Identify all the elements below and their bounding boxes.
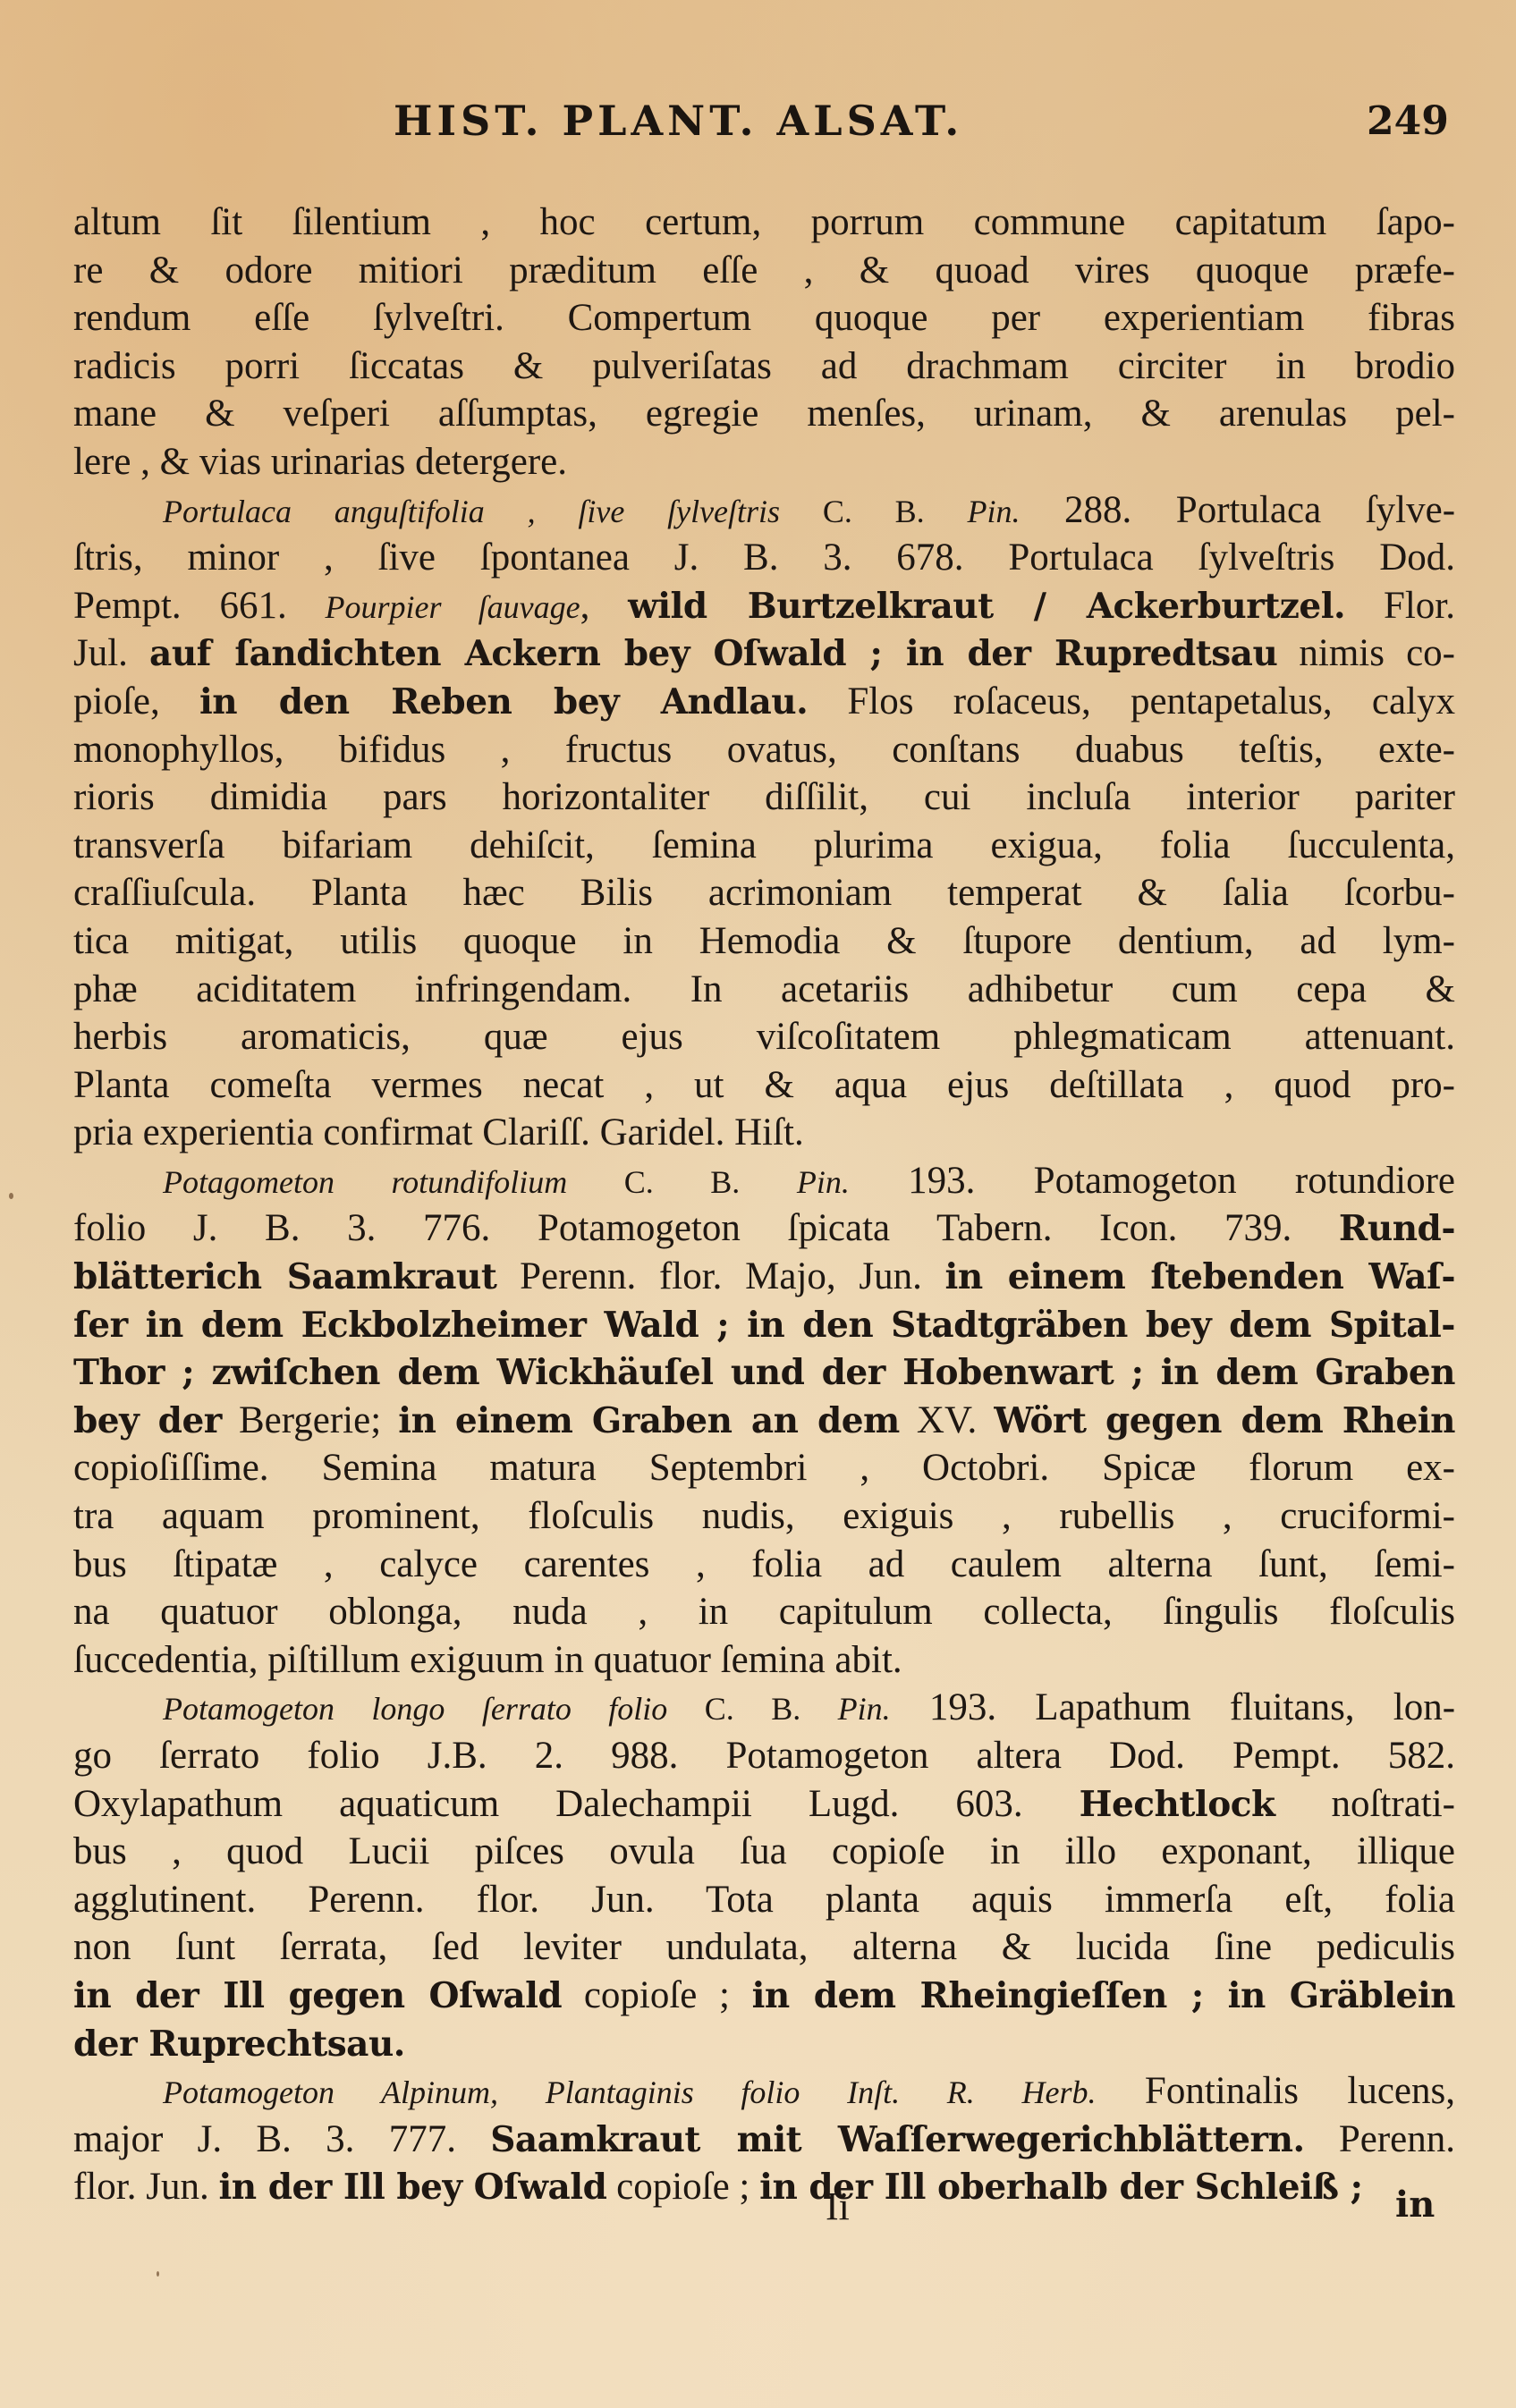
text-span: non ſunt ſerrata, ſed leviter undulata, … (73, 1926, 1455, 1968)
text-line: Jul. auf ſandichten Ackern bey Oſwald ; … (73, 629, 1455, 678)
text-line: copioſiſſime. Semina matura Septembri , … (73, 1444, 1455, 1492)
text-line: Pempt. 661. Pourpier ſauvage, wild Burtz… (73, 582, 1455, 630)
fraktur-text: blätterich Saamkraut (73, 1256, 496, 1297)
text-line: Potamogeton Alpinum, Plantaginis folio I… (73, 2067, 1455, 2116)
fraktur-text: in einem Graben an dem (398, 1400, 900, 1441)
text-span: Perenn. (1305, 2118, 1455, 2160)
fraktur-text: in dem Rheingieſſen ; in Gräblein (752, 1975, 1455, 2016)
text-line: blätterich Saamkraut Perenn. flor. Majo,… (73, 1253, 1455, 1301)
paper-speck (157, 2271, 159, 2277)
italic-citation: Potagometon rotundifolium (163, 1164, 567, 1200)
text-span: Perenn. flor. Majo, Jun. (496, 1255, 944, 1297)
text-line: der Ruprechtsau. (73, 2020, 1455, 2068)
italic-citation: Pin. (838, 1691, 891, 1727)
text-span: Fontinalis lucens, (1096, 2070, 1455, 2112)
text-line: rioris dimidia pars horizontaliter diſſi… (73, 773, 1455, 822)
fraktur-text: in der Ill bey Oſwald (218, 2167, 606, 2208)
text-span: XV. (900, 1399, 995, 1441)
text-span: C. B. (667, 1691, 837, 1727)
italic-citation: Pin. (797, 1164, 850, 1200)
italic-citation: Pin. (967, 494, 1020, 529)
text-span: noſtrati- (1275, 1783, 1455, 1825)
text-span: pioſe, (73, 680, 199, 722)
text-line: go ſerrato folio J.B. 2. 988. Potamogeto… (73, 1732, 1455, 1780)
text-line: pria experientia confirmat Clariſſ. Gari… (73, 1109, 1455, 1157)
text-span: tica mitigat, utilis quoque in Hemodia &… (73, 920, 1455, 962)
text-line: radicis porri ſiccatas & pulveriſatas ad… (73, 342, 1455, 391)
text-span: bus , quod Lucii piſces ovula ſua copioſ… (73, 1830, 1455, 1872)
text-line: rendum eſſe ſylveſtri. Compertum quoque … (73, 294, 1455, 342)
text-line: lere , & vias urinarias detergere. (73, 438, 1455, 486)
running-head-title: HIST. PLANT. ALSAT. (394, 97, 963, 145)
text-line: bus ſtipatæ , calyce carentes , folia ad… (73, 1541, 1455, 1589)
fraktur-text: auf ſandichten Ackern bey Oſwald ; in de… (149, 633, 1277, 674)
text-line: ſtris, minor , ſive ſpontanea J. B. 3. 6… (73, 534, 1455, 582)
text-span: pria experientia confirmat Clariſſ. Gari… (73, 1111, 804, 1153)
text-span: go ſerrato folio J.B. 2. 988. Potamogeto… (73, 1735, 1455, 1777)
text-line: agglutinent. Perenn. flor. Jun. Tota pla… (73, 1876, 1455, 1924)
italic-citation: Potamogeton Alpinum, Plantaginis folio I… (163, 2074, 1096, 2110)
text-span: copioſe ; (562, 1974, 751, 2016)
text-span: Planta comeſta vermes necat , ut & aqua … (73, 1064, 1455, 1106)
text-span: flor. Jun. (73, 2166, 218, 2208)
fraktur-text: Saamkraut mit Waſſerwegerichblättern. (490, 2119, 1304, 2160)
paragraph-potamogeton-alpinum: Potamogeton Alpinum, Plantaginis folio I… (73, 2067, 1455, 2211)
text-span: na quatuor oblonga, nuda , in capitulum … (73, 1591, 1455, 1633)
fraktur-text: bey der (73, 1400, 222, 1441)
text-span: C. B. (780, 494, 967, 529)
text-span: ſtris, minor , ſive ſpontanea J. B. 3. 6… (73, 537, 1455, 579)
paragraph-potamogeton-rotundifolium: Potagometon rotundifolium C. B. Pin. 193… (73, 1157, 1455, 1685)
text-span: C. B. (567, 1164, 797, 1200)
text-line: Oxylapathum aquaticum Dalechampii Lugd. … (73, 1780, 1455, 1829)
text-line: transverſa bifariam dehiſcit, ſemina plu… (73, 822, 1455, 870)
text-span: Jul. (73, 632, 149, 674)
fraktur-text: in der Ill oberhalb der Schleiß ; (759, 2167, 1362, 2208)
text-span: radicis porri ſiccatas & pulveriſatas ad… (73, 345, 1455, 387)
text-span: mane & veſperi aſſumptas, egregie menſes… (73, 393, 1455, 435)
text-line: monophyllos, bifidus , fructus ovatus, c… (73, 726, 1455, 774)
paragraph-portulaca: Portulaca anguſtifolia , ſive ſylveſtris… (73, 486, 1455, 1157)
text-line: pioſe, in den Reben bey Andlau. Flos roſ… (73, 678, 1455, 726)
signature-mark: Ii (826, 2184, 850, 2229)
text-line: in der Ill gegen Oſwald copioſe ; in dem… (73, 1972, 1455, 2020)
text-span: transverſa bifariam dehiſcit, ſemina plu… (73, 824, 1455, 866)
text-span: herbis aromaticis, quæ ejus viſcoſitatem… (73, 1016, 1455, 1058)
text-line: non ſunt ſerrata, ſed leviter undulata, … (73, 1923, 1455, 1972)
text-span: folio J. B. 3. 776. Potamogeton ſpicata … (73, 1207, 1339, 1249)
page-number: 249 (1367, 98, 1449, 144)
text-span: major J. B. 3. 777. (73, 2118, 490, 2160)
text-line: altum ſit ſilentium , hoc certum, porrum… (73, 199, 1455, 247)
text-line: craſſiuſcula. Planta hæc Bilis acrimonia… (73, 869, 1455, 917)
text-line: mane & veſperi aſſumptas, egregie menſes… (73, 390, 1455, 438)
text-span: copioſe ; (606, 2166, 759, 2208)
text-span: 193. Lapathum fluitans, lon- (891, 1686, 1455, 1728)
text-span: tra aquam prominent, floſculis nudis, ex… (73, 1495, 1455, 1537)
fraktur-text: in den Reben bey Andlau. (199, 681, 808, 722)
fraktur-text: der Ruprechtsau. (73, 2024, 405, 2065)
text-line: Portulaca anguſtifolia , ſive ſylveſtris… (73, 486, 1455, 535)
text-span: phæ aciditatem infringendam. In acetarii… (73, 968, 1455, 1010)
text-span: copioſiſſime. Semina matura Septembri , … (73, 1447, 1455, 1489)
text-line: ſuccedentia, piſtillum exiguum in quatuo… (73, 1636, 1455, 1685)
text-span: craſſiuſcula. Planta hæc Bilis acrimonia… (73, 872, 1455, 914)
text-line: Potagometon rotundifolium C. B. Pin. 193… (73, 1157, 1455, 1205)
catchword: in (1395, 2184, 1435, 2226)
text-line: bey der Bergerie; in einem Graben an dem… (73, 1397, 1455, 1445)
fraktur-text: Wört gegen dem Rhein (994, 1400, 1455, 1441)
text-span: monophyllos, bifidus , fructus ovatus, c… (73, 729, 1455, 771)
text-line: folio J. B. 3. 776. Potamogeton ſpicata … (73, 1204, 1455, 1253)
fraktur-text: in der Ill gegen Oſwald (73, 1975, 562, 2016)
text-line: Planta comeſta vermes necat , ut & aqua … (73, 1061, 1455, 1110)
text-span: altum ſit ſilentium , hoc certum, porrum… (73, 201, 1455, 243)
text-span: ſuccedentia, piſtillum exiguum in quatuo… (73, 1639, 902, 1681)
text-line: bus , quod Lucii piſces ovula ſua copioſ… (73, 1828, 1455, 1876)
text-line: herbis aromaticis, quæ ejus viſcoſitatem… (73, 1013, 1455, 1061)
text-span: re & odore mitiori præditum eſſe , & quo… (73, 249, 1455, 291)
text-span: nimis co- (1277, 632, 1455, 674)
fraktur-text: Hechtlock (1080, 1784, 1275, 1825)
text-line: phæ aciditatem infringendam. In acetarii… (73, 966, 1455, 1014)
text-line: re & odore mitiori præditum eſſe , & quo… (73, 247, 1455, 295)
fraktur-text: wild Burtzelkraut / Ackerburtzel. (628, 586, 1345, 627)
text-span: , (580, 585, 629, 627)
text-span: Oxylapathum aquaticum Dalechampii Lugd. … (73, 1783, 1080, 1825)
text-line: tica mitigat, utilis quoque in Hemodia &… (73, 917, 1455, 966)
text-span: 288. Portulaca ſylve- (1020, 489, 1455, 531)
text-line: na quatuor oblonga, nuda , in capitulum … (73, 1588, 1455, 1636)
fraktur-text: Rund- (1339, 1208, 1455, 1249)
fraktur-text: in einem ſtebenden Waſ- (945, 1256, 1455, 1297)
text-line: Potamogeton longo ſerrato folio C. B. Pi… (73, 1684, 1455, 1732)
text-line: flor. Jun. in der Ill bey Oſwald copioſe… (73, 2163, 1455, 2211)
text-line: Thor ; zwiſchen dem Wickhäuſel und der H… (73, 1348, 1455, 1397)
text-span: bus ſtipatæ , calyce carentes , folia ad… (73, 1543, 1455, 1585)
text-span: Flor. (1345, 585, 1455, 627)
paragraph-porrum-continuation: altum ſit ſilentium , hoc certum, porrum… (73, 199, 1455, 486)
text-line: ſer in dem Eckbolzheimer Wald ; in den S… (73, 1301, 1455, 1349)
text-span: rendum eſſe ſylveſtri. Compertum quoque … (73, 297, 1455, 339)
text-span: Pempt. 661. (73, 585, 326, 627)
text-span: rioris dimidia pars horizontaliter diſſi… (73, 776, 1455, 818)
text-span: agglutinent. Perenn. flor. Jun. Tota pla… (73, 1879, 1455, 1921)
text-span: Bergerie; (222, 1399, 398, 1441)
paragraph-potamogeton-longo-serrato: Potamogeton longo ſerrato folio C. B. Pi… (73, 1684, 1455, 2067)
italic-citation: Pourpier ſauvage (326, 589, 580, 625)
book-page: HIST. PLANT. ALSAT. 249 altum ſit ſilent… (0, 0, 1516, 2408)
fraktur-text: Thor ; zwiſchen dem Wickhäuſel und der H… (73, 1352, 1455, 1393)
fraktur-text: ſer in dem Eckbolzheimer Wald ; in den S… (73, 1305, 1455, 1346)
italic-citation: Potamogeton longo ſerrato folio (163, 1691, 667, 1727)
paper-speck (9, 1193, 13, 1199)
text-line: major J. B. 3. 777. Saamkraut mit Waſſer… (73, 2116, 1455, 2164)
italic-citation: Portulaca anguſtifolia , ſive ſylveſtris (163, 494, 780, 529)
text-span: 193. Potamogeton rotundiore (850, 1160, 1455, 1202)
text-span: Flos roſaceus, pentapetalus, calyx (808, 680, 1455, 722)
body-text: altum ſit ſilentium , hoc certum, porrum… (73, 199, 1455, 2211)
text-span: lere , & vias urinarias detergere. (73, 441, 567, 483)
text-line: tra aquam prominent, floſculis nudis, ex… (73, 1492, 1455, 1541)
